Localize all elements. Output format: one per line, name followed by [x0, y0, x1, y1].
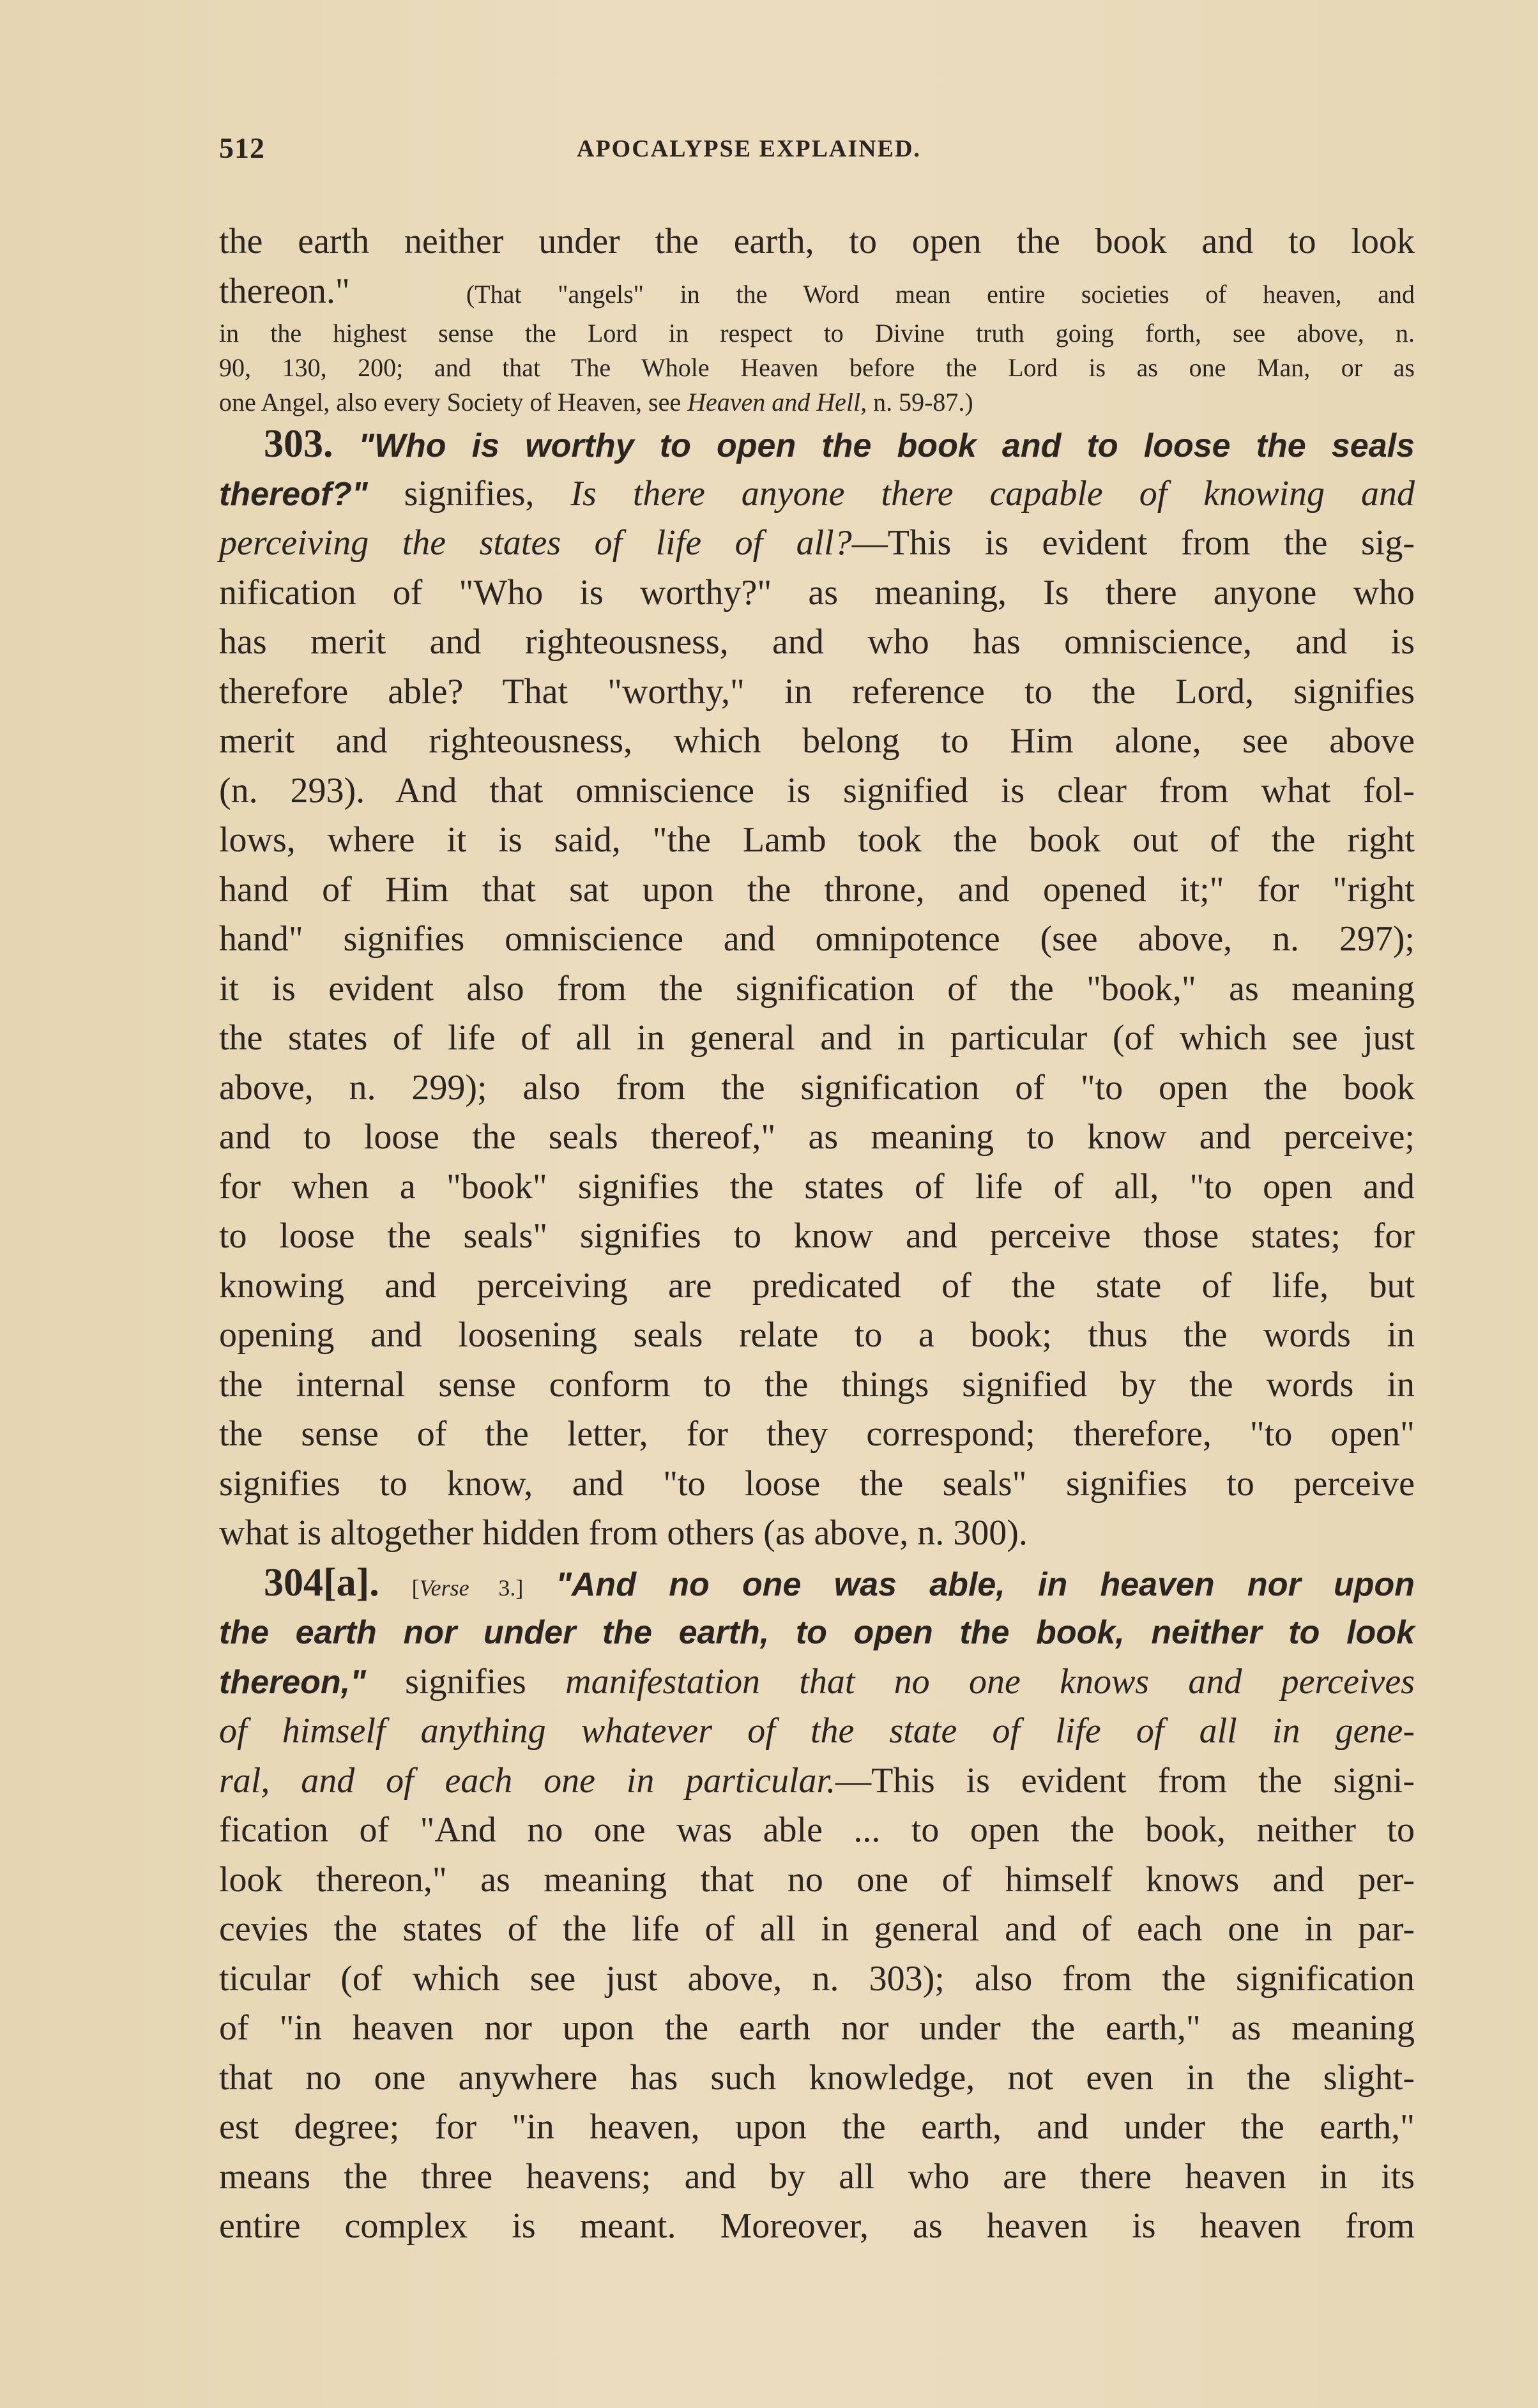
- text-line: thereof?" signifies, Is there anyone the…: [219, 469, 1415, 519]
- text-line: it is evident also from the significatio…: [219, 964, 1415, 1014]
- text-line: cevies the states of the life of all in …: [219, 1905, 1415, 1955]
- text-line: nification of "Who is worthy?" as meanin…: [219, 568, 1415, 618]
- paragraph-number: 303.: [264, 422, 333, 466]
- text-line: thereon." (That "angels" in the Word mea…: [219, 267, 1415, 317]
- note-line: 90, 130, 200; and that The Whole Heaven …: [219, 351, 1415, 385]
- text-line: fication of "And no one was able ... to …: [219, 1806, 1415, 1856]
- verse-number: 3.]: [469, 1575, 524, 1601]
- scripture-quote: thereon,": [219, 1664, 366, 1701]
- text-line: above, n. 299); also from the significat…: [219, 1063, 1415, 1113]
- bracket: [: [412, 1575, 420, 1601]
- text-line: the sense of the letter, for they corres…: [219, 1410, 1415, 1459]
- running-title: APOCALYPSE EXPLAINED.: [577, 135, 921, 163]
- text-run: —This is evident from the sig-: [852, 523, 1415, 563]
- italic-run: ral, and of each one in particular.: [219, 1761, 835, 1801]
- text-line: for when a "book" signifies the states o…: [219, 1162, 1415, 1212]
- text-line: what is altogether hidden from others (a…: [219, 1509, 1415, 1558]
- book-reference: Heaven and Hell,: [687, 388, 867, 416]
- verse-label: Verse: [420, 1575, 469, 1601]
- text-run: —This is evident from the signi-: [835, 1761, 1415, 1801]
- text-line: that no one anywhere has such knowledge,…: [219, 2054, 1415, 2103]
- text-run: n. 59-87.): [867, 388, 973, 416]
- text-line: hand of Him that sat upon the throne, an…: [219, 865, 1415, 915]
- text-line: entire complex is meant. Moreover, as he…: [219, 2202, 1415, 2252]
- text-line: and to loose the seals thereof," as mean…: [219, 1113, 1415, 1162]
- text-line: ral, and of each one in particular.—This…: [219, 1756, 1415, 1806]
- verse-reference: [Verse 3.]: [412, 1575, 524, 1601]
- text-line: has merit and righteousness, and who has…: [219, 618, 1415, 667]
- text-line: knowing and perceiving are predicated of…: [219, 1261, 1415, 1311]
- italic-run: manifestation that no one knows and perc…: [565, 1662, 1415, 1702]
- note-line: one Angel, also every Society of Heaven,…: [219, 385, 1415, 420]
- text-line: merit and righteousness, which belong to…: [219, 717, 1415, 766]
- text-line: of "in heaven nor upon the earth nor und…: [219, 2004, 1415, 2054]
- text-line: opening and loosening seals relate to a …: [219, 1311, 1415, 1360]
- text-run: signifies: [366, 1662, 565, 1702]
- text-line: therefore able? That "worthy," in refere…: [219, 667, 1415, 717]
- text-line: of himself anything whatever of the stat…: [219, 1707, 1415, 1756]
- text-line: means the three heavens; and by all who …: [219, 2153, 1415, 2202]
- text-line: the states of life of all in general and…: [219, 1014, 1415, 1063]
- running-head: 512 APOCALYPSE EXPLAINED.: [219, 131, 1415, 169]
- paragraph-303-line: 303. "Who is worthy to open the book and…: [219, 420, 1415, 469]
- text-line: ticular (of which see just above, n. 303…: [219, 1955, 1415, 2004]
- scripture-quote: thereof?": [219, 476, 368, 513]
- scripture-quote: "Who is worthy to open the book and to l…: [358, 427, 1415, 464]
- text-line: to loose the seals" signifies to know an…: [219, 1212, 1415, 1261]
- text-line: look thereon," as meaning that no one of…: [219, 1856, 1415, 1905]
- note-line: in the highest sense the Lord in respect…: [219, 316, 1415, 351]
- text-line: the earth neither under the earth, to op…: [219, 217, 1415, 267]
- text-line: (n. 293). And that omniscience is signif…: [219, 766, 1415, 816]
- footnote-run: (That "angels" in the Word mean entire s…: [466, 280, 1415, 309]
- text-line: thereon," signifies manifestation that n…: [219, 1657, 1415, 1707]
- page-body: the earth neither under the earth, to op…: [219, 217, 1415, 2252]
- paragraph-304-line: 304[a]. [Verse 3.] "And no one was able,…: [219, 1558, 1415, 1608]
- text-line: perceiving the states of life of all?—Th…: [219, 519, 1415, 568]
- text-line: est degree; for "in heaven, upon the ear…: [219, 2103, 1415, 2153]
- text-run: thereon.": [219, 271, 350, 311]
- scripture-quote: "And no one was able, in heaven nor upon: [556, 1566, 1415, 1603]
- text-line: lows, where it is said, "the Lamb took t…: [219, 816, 1415, 865]
- text-run: signifies,: [368, 474, 571, 514]
- paragraph-number: 304[a].: [264, 1561, 379, 1604]
- text-line: signifies to know, and "to loose the sea…: [219, 1459, 1415, 1509]
- italic-run: perceiving the states of life of all?: [219, 523, 852, 563]
- text-run: one Angel, also every Society of Heaven,…: [219, 388, 687, 416]
- page-number: 512: [219, 131, 265, 165]
- text-line: the earth nor under the earth, to open t…: [219, 1608, 1415, 1657]
- text-line: the internal sense conform to the things…: [219, 1360, 1415, 1410]
- text-line: hand" signifies omniscience and omnipote…: [219, 915, 1415, 964]
- scripture-quote: the earth nor under the earth, to open t…: [219, 1614, 1415, 1651]
- italic-run: Is there anyone there capable of knowing…: [570, 474, 1415, 514]
